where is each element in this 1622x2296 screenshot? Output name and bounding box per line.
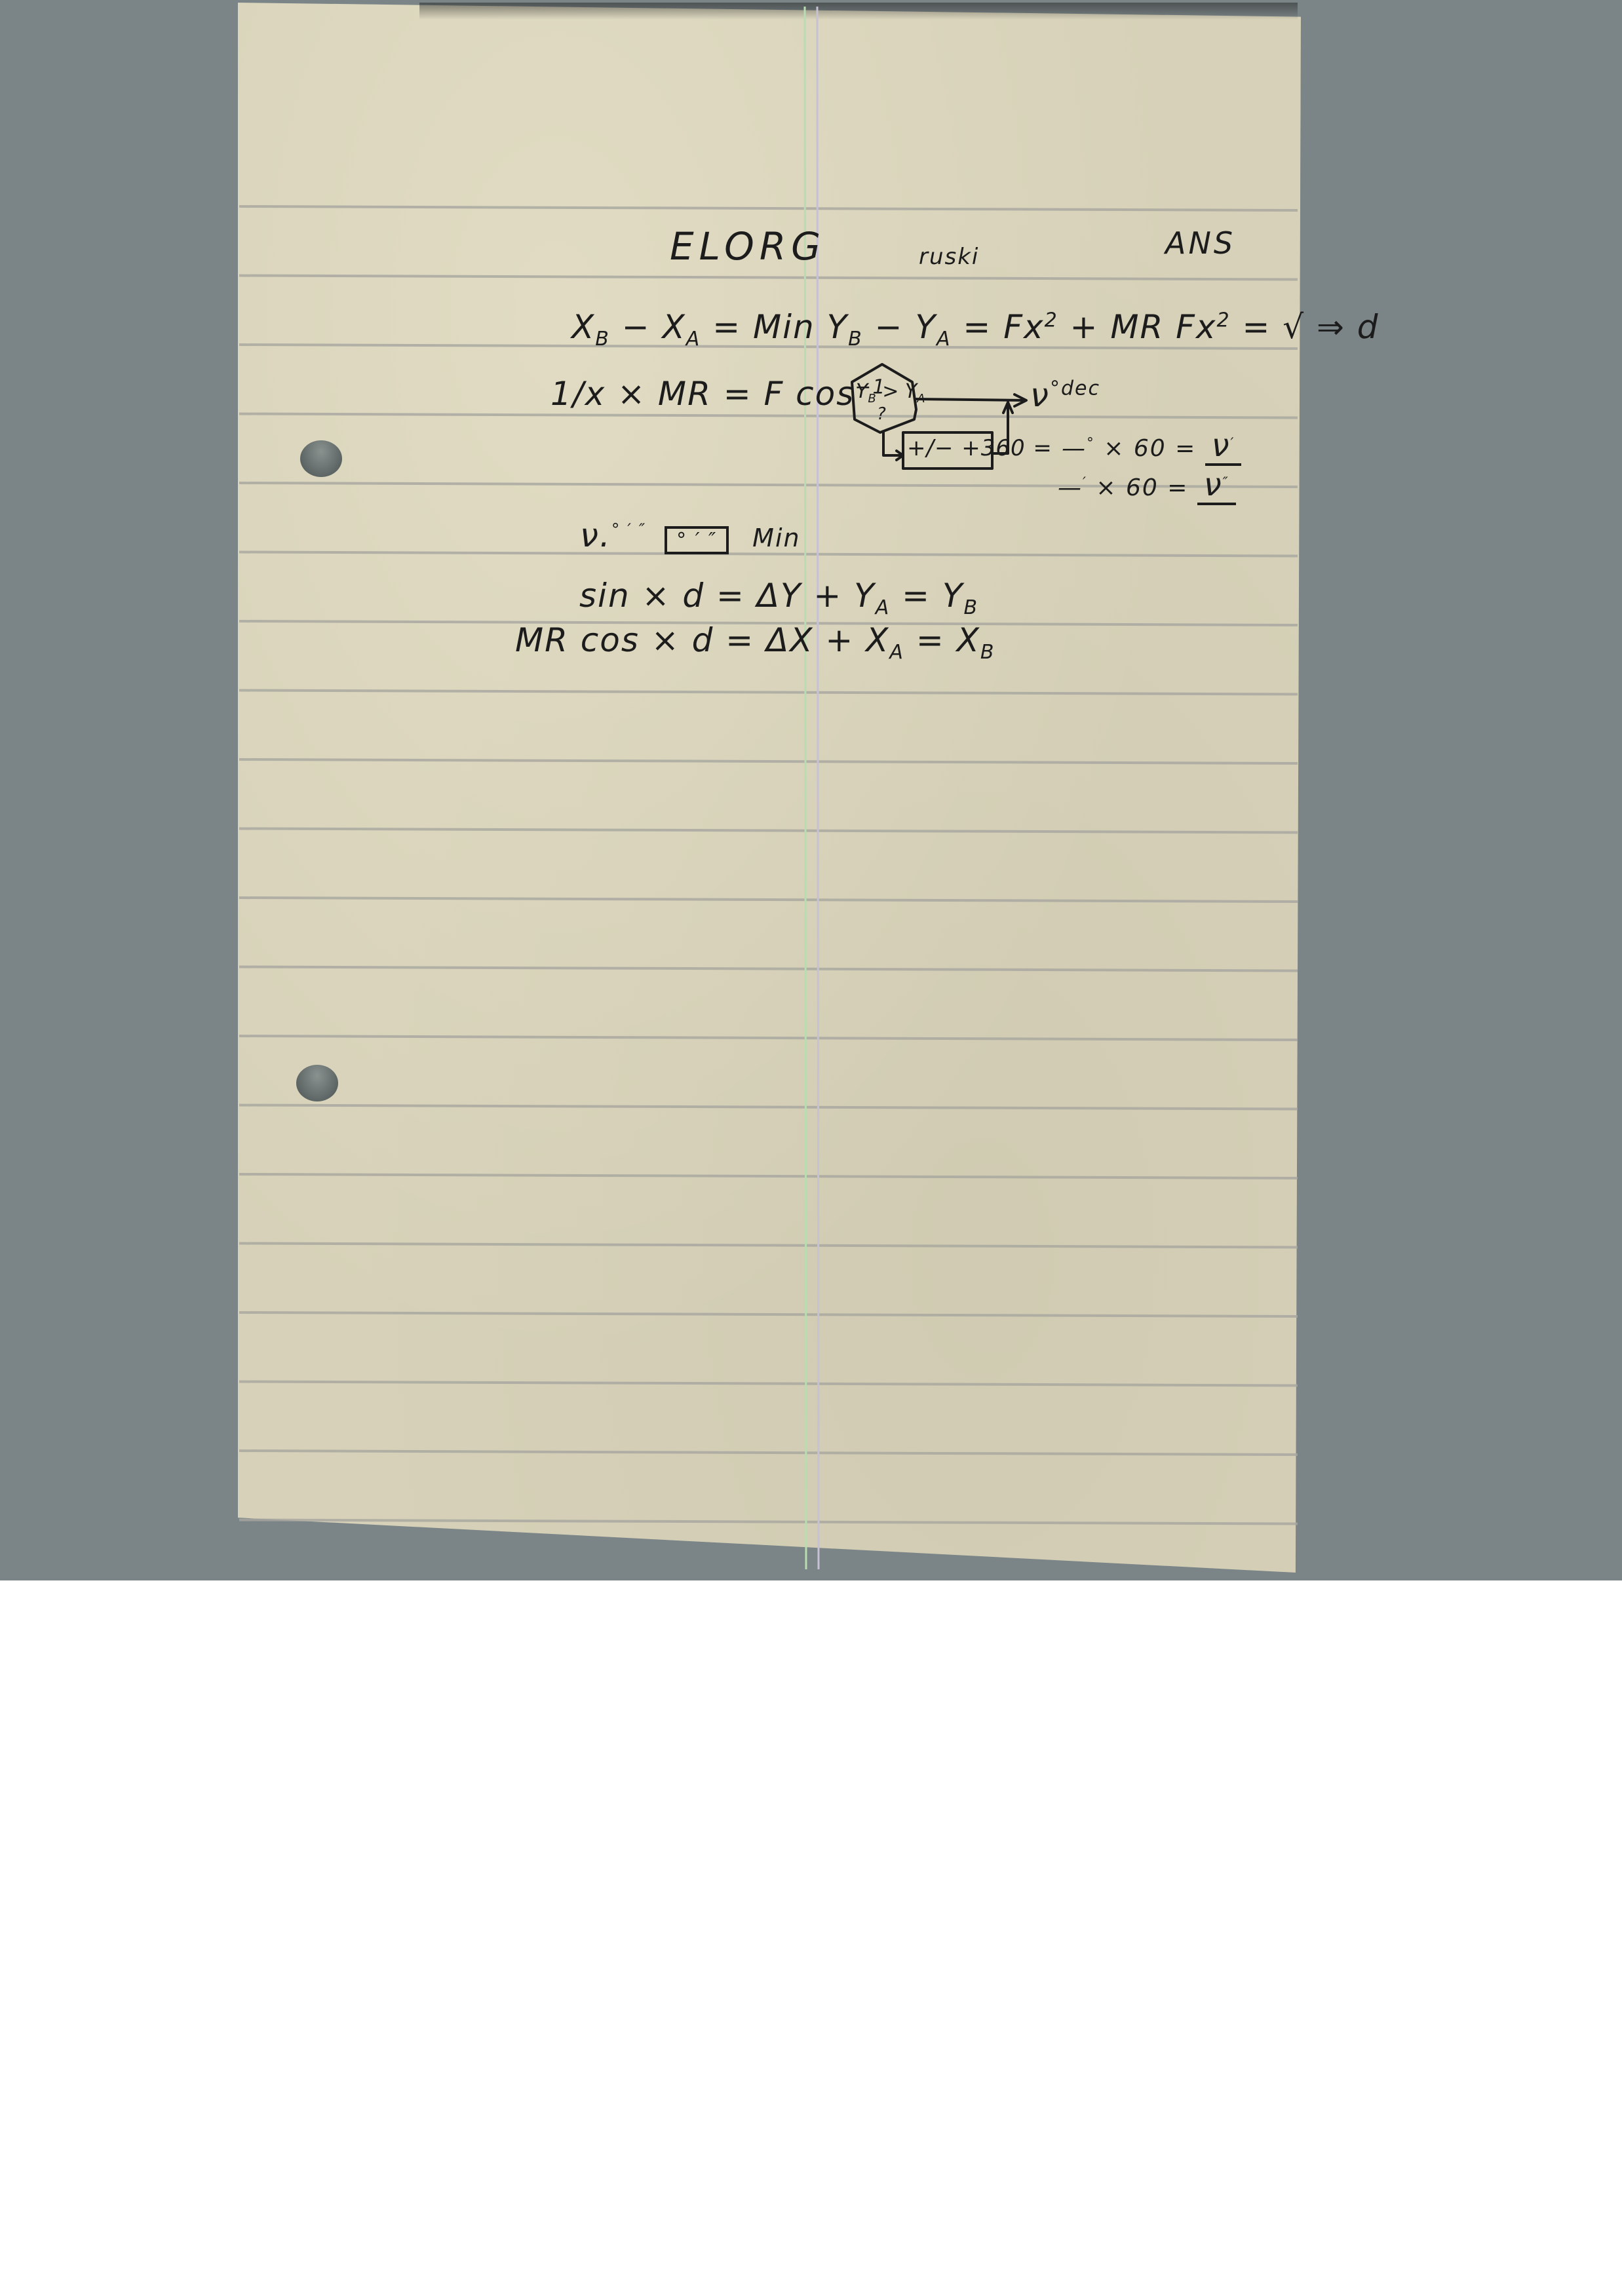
conversion-result: ν′ [1205,435,1242,466]
correction-label: +/− +360 = [907,435,1052,461]
eq-text: ν [1212,427,1231,464]
dms-key-box: ° ′ ″ [665,526,729,554]
conversion-seconds: —′ × 60 = ν″ [1058,467,1236,503]
flowchart-diagram [0,0,1622,1580]
eq-text: sin × d = ΔY + Y [579,577,876,615]
eq-sup: ″ [1223,474,1229,491]
eq-text: ν. [580,516,611,554]
eq-sup: °dec [1050,377,1100,400]
result-angle-decimal: ν°dec [1030,376,1100,414]
conversion-minutes: —° × 60 = ν′ [1062,427,1241,464]
eq-sup: ° ′ ″ [611,520,646,539]
conversion-result: ν″ [1197,474,1236,505]
eq-sup: ° [1087,435,1095,451]
eq-text: — [1058,474,1083,501]
eq-text: ν [1030,376,1050,414]
eq-text: × 60 = [1087,474,1197,501]
eq-sup: ′ [1231,435,1235,451]
dms-label: Min [752,524,800,552]
eq-text: Y [856,380,868,403]
dms-conversion-line: ν.° ′ ″ ° ′ ″ Min [580,516,801,554]
equation-sin: sin × d = ΔY + YA = YB [579,577,978,619]
eq-text: ν [1204,467,1223,503]
eq-sub: B [868,392,876,406]
eq-text: = X [904,621,980,659]
eq-text: × 60 = [1095,435,1205,462]
equation-cos: MR cos × d = ΔX + XA = XB [515,621,995,664]
decision-condition: YB > YA [856,380,925,406]
eq-sub: A [917,392,925,406]
eq-sub: B [963,596,978,619]
decision-question-mark: ? [877,404,887,424]
eq-sup: ′ [1083,474,1087,491]
eq-text: Y [905,380,917,403]
eq-sub: A [876,596,891,619]
eq-text: — [1062,435,1087,462]
eq-text: > [876,380,905,403]
eq-sub: A [889,641,904,664]
eq-text: = Y [890,577,963,615]
eq-sub: B [980,641,995,664]
eq-text: MR cos × d = ΔX + X [515,621,889,659]
